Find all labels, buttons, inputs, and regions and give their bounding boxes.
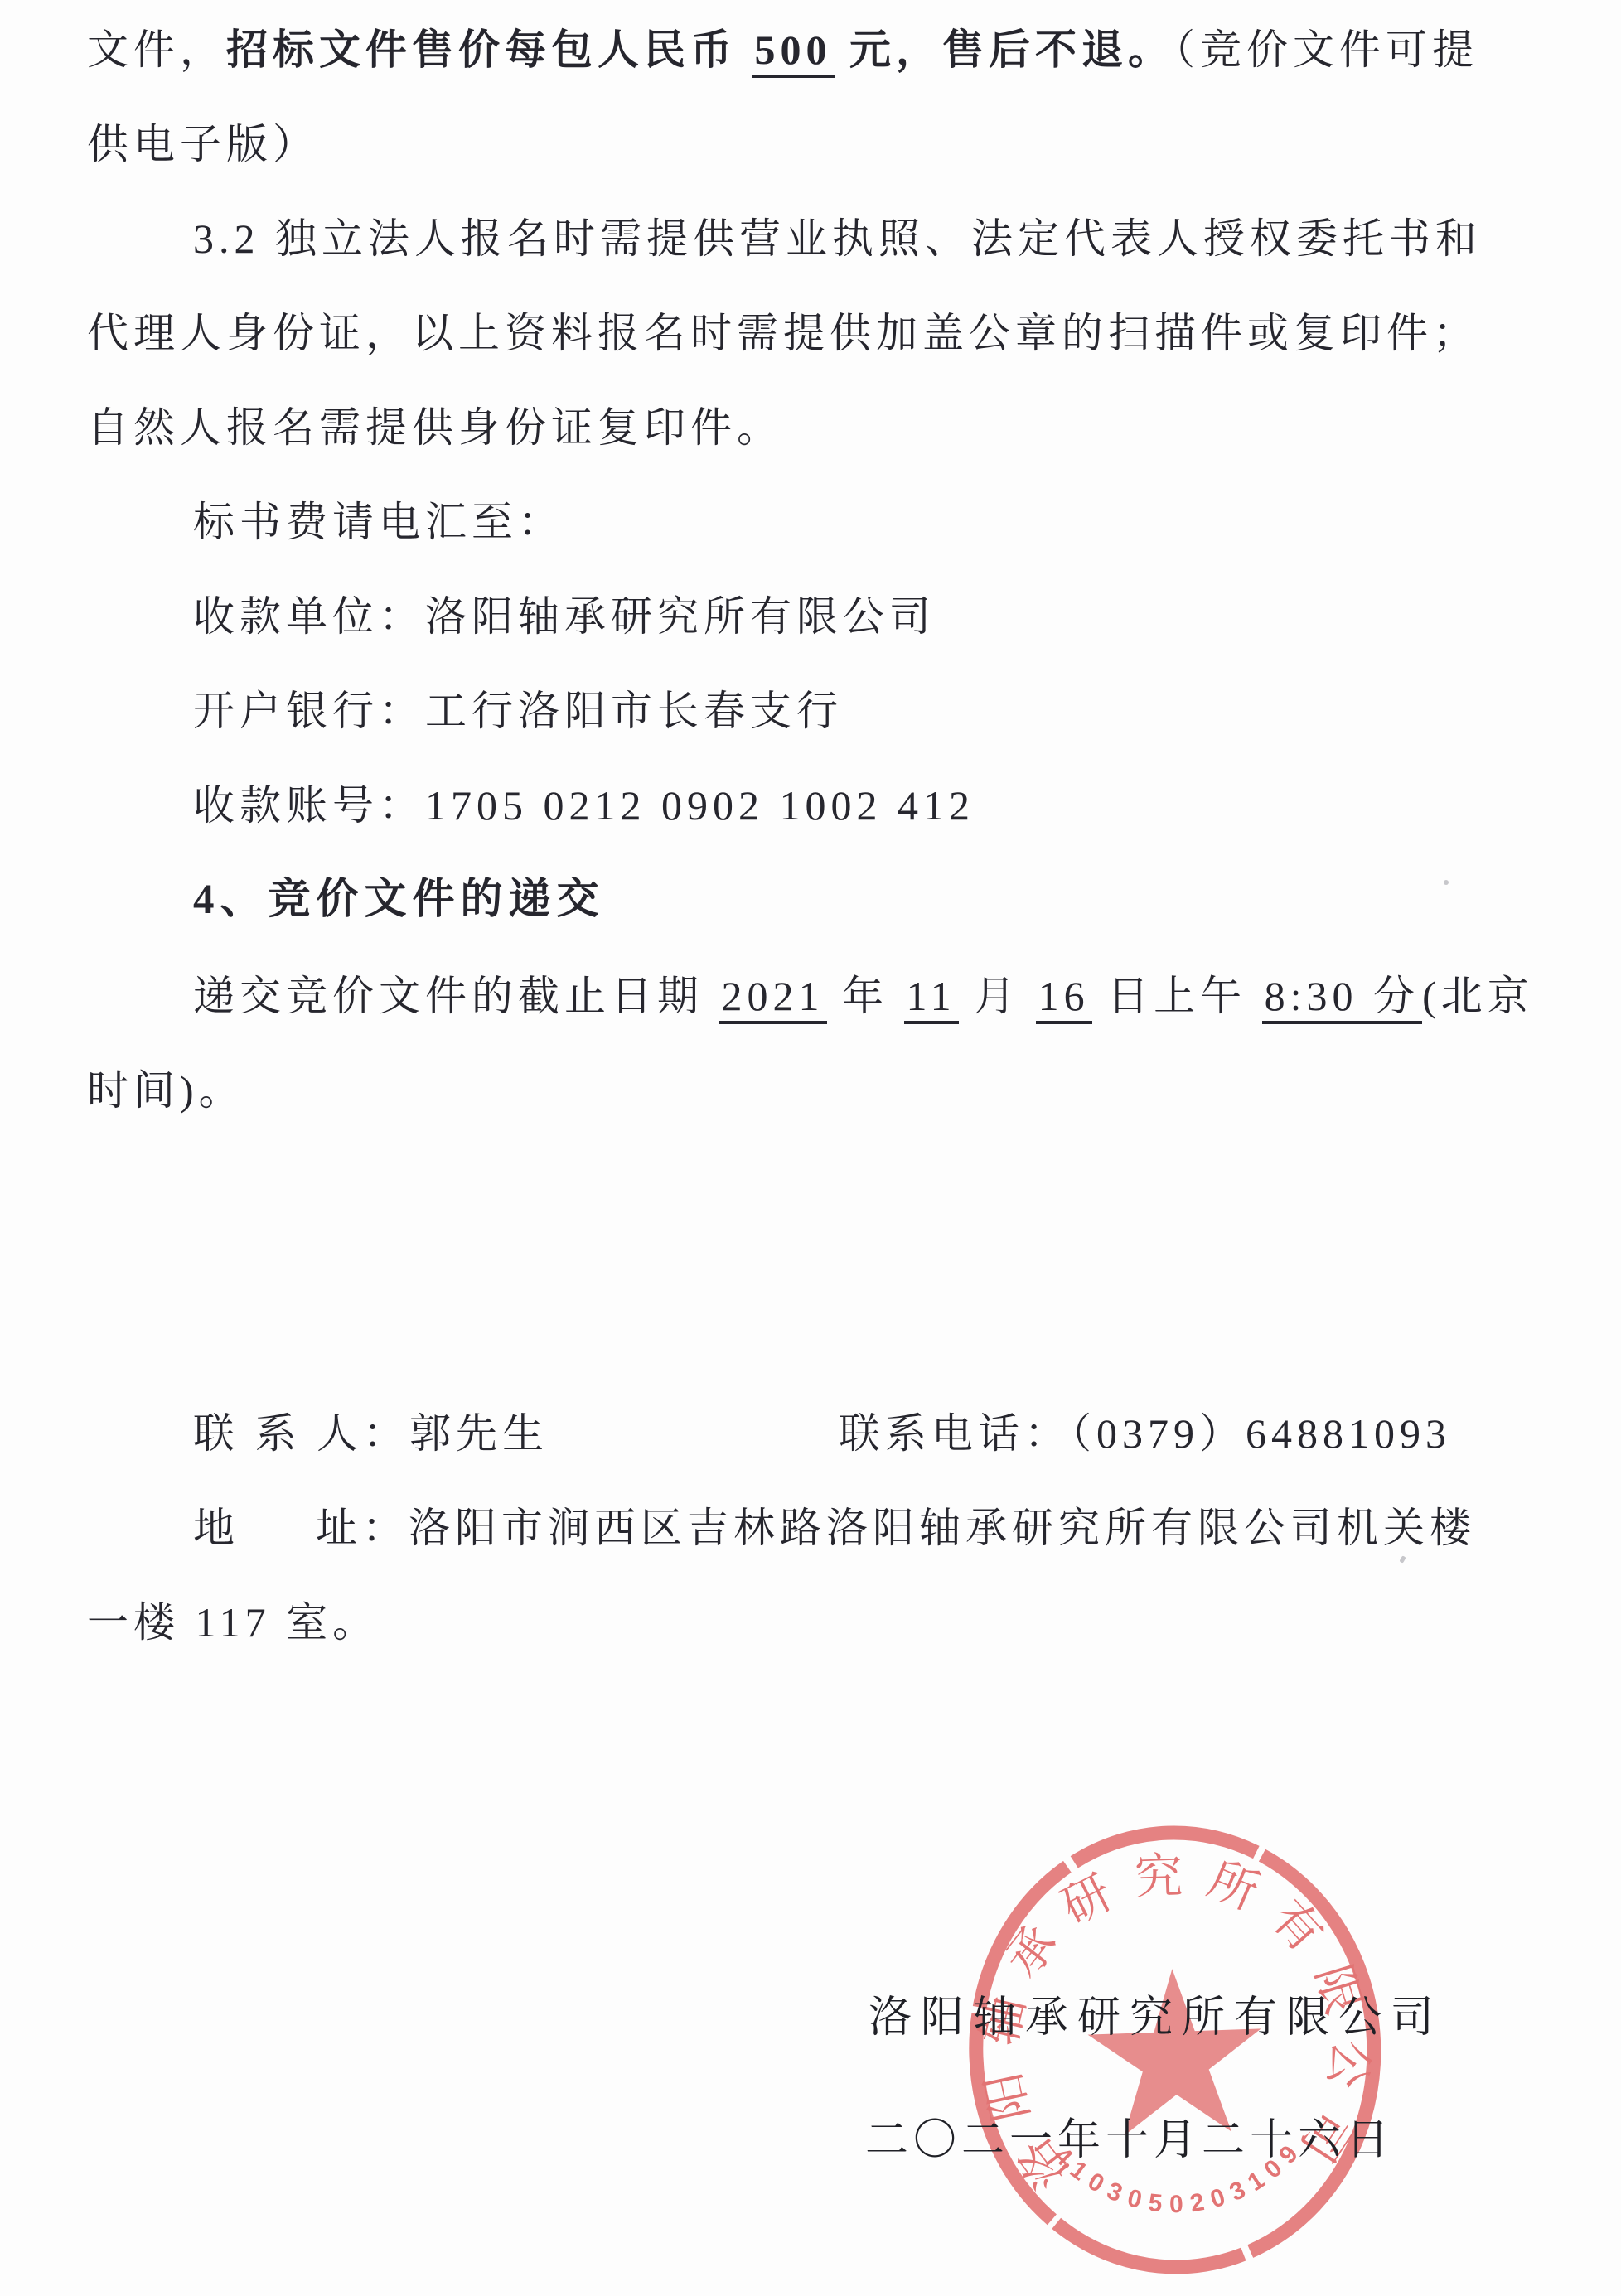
deadline-month: 11: [904, 973, 959, 1024]
contact-person-label: 联 系 人：: [193, 1410, 409, 1457]
text-line-address-cont: 一楼 117 室。: [87, 1598, 379, 1647]
scan-speck: [1399, 1555, 1406, 1563]
text-line-address: 地址：洛阳市涧西区吉林路洛阳轴承研究所有限公司机关楼: [193, 1503, 1476, 1553]
bank-value: 工行洛阳市长春支行: [425, 688, 843, 734]
company-seal: 洛阳轴承研究所有限公司 4103050203109: [951, 1812, 1398, 2296]
price-value: 500: [752, 27, 835, 78]
signature-company: 洛阳轴承研究所有限公司: [869, 1982, 1443, 2044]
deadline-year: 2021: [719, 973, 827, 1024]
deadline-p3: 月: [959, 973, 1036, 1019]
document-page: 文件，招标文件售价每包人民币 500 元，售后不退。（竞价文件可提 供电子版） …: [0, 0, 1621, 2296]
text-line-price-cont: 供电子版）: [87, 119, 319, 169]
text-line-deadline: 递交竞价文件的截止日期 2021 年 11 月 16 日上午 8:30 分(北京: [193, 971, 1534, 1021]
deadline-time: 8:30 分: [1262, 973, 1422, 1024]
text-line-clause32-2: 代理人身份证，以上资料报名时需提供加盖公章的扫描件或复印件；: [87, 308, 1479, 358]
text-line-remit-intro: 标书费请电汇至：: [193, 497, 564, 547]
text-line-clause32-1: 3.2 独立法人报名时需提供营业执照、法定代表人授权委托书和: [193, 214, 1482, 263]
price-lead: 文件，: [87, 27, 226, 73]
price-tail: （竞价文件可提: [1174, 27, 1478, 73]
payee-label: 收款单位：: [193, 593, 425, 640]
text-line-deadline-cont: 时间)。: [87, 1066, 245, 1115]
payee-value: 洛阳轴承研究所有限公司: [425, 593, 936, 640]
text-line-account: 收款账号：1705 0212 0902 1002 412: [193, 781, 975, 830]
text-line-bank: 开户银行：工行洛阳市长春支行: [193, 686, 843, 736]
account-label: 收款账号：: [193, 782, 425, 829]
contact-phone: （0379）64881093: [1071, 1410, 1451, 1457]
account-value: 1705 0212 0902 1002 412: [425, 782, 975, 829]
contact-phone-label: 联系电话：: [839, 1410, 1071, 1457]
signature-date: 二〇二一年十月二十六日: [865, 2105, 1394, 2167]
deadline-p4: 日上午: [1092, 973, 1262, 1019]
text-line-contact: 联 系 人：郭先生联系电话：（0379）64881093: [193, 1409, 549, 1458]
section4-heading: 4、竞价文件的递交: [193, 875, 605, 926]
price-bold-b: 元，售后不退。: [835, 27, 1175, 73]
price-bold-a: 招标文件售价每包人民币: [226, 27, 752, 73]
text-line-clause32-3: 自然人报名需提供身份证复印件。: [87, 403, 783, 452]
bank-label: 开户银行：: [193, 688, 425, 734]
address-label-di: 地: [193, 1505, 240, 1551]
scan-speck: [1444, 880, 1449, 885]
address-label-zhi: 址：: [316, 1505, 409, 1551]
text-line-price: 文件，招标文件售价每包人民币 500 元，售后不退。（竞价文件可提: [87, 25, 1478, 75]
address-value: 洛阳市涧西区吉林路洛阳轴承研究所有限公司机关楼: [409, 1505, 1476, 1551]
deadline-p2: 年: [827, 973, 904, 1019]
deadline-day: 16: [1036, 973, 1092, 1024]
contact-phone-wrap: 联系电话：（0379）64881093: [839, 1409, 1451, 1458]
contact-person: 郭先生: [409, 1410, 549, 1457]
text-line-payee: 收款单位：洛阳轴承研究所有限公司: [193, 592, 936, 641]
deadline-p1: 递交竞价文件的截止日期: [193, 973, 719, 1019]
deadline-p5: (北京: [1422, 973, 1534, 1019]
